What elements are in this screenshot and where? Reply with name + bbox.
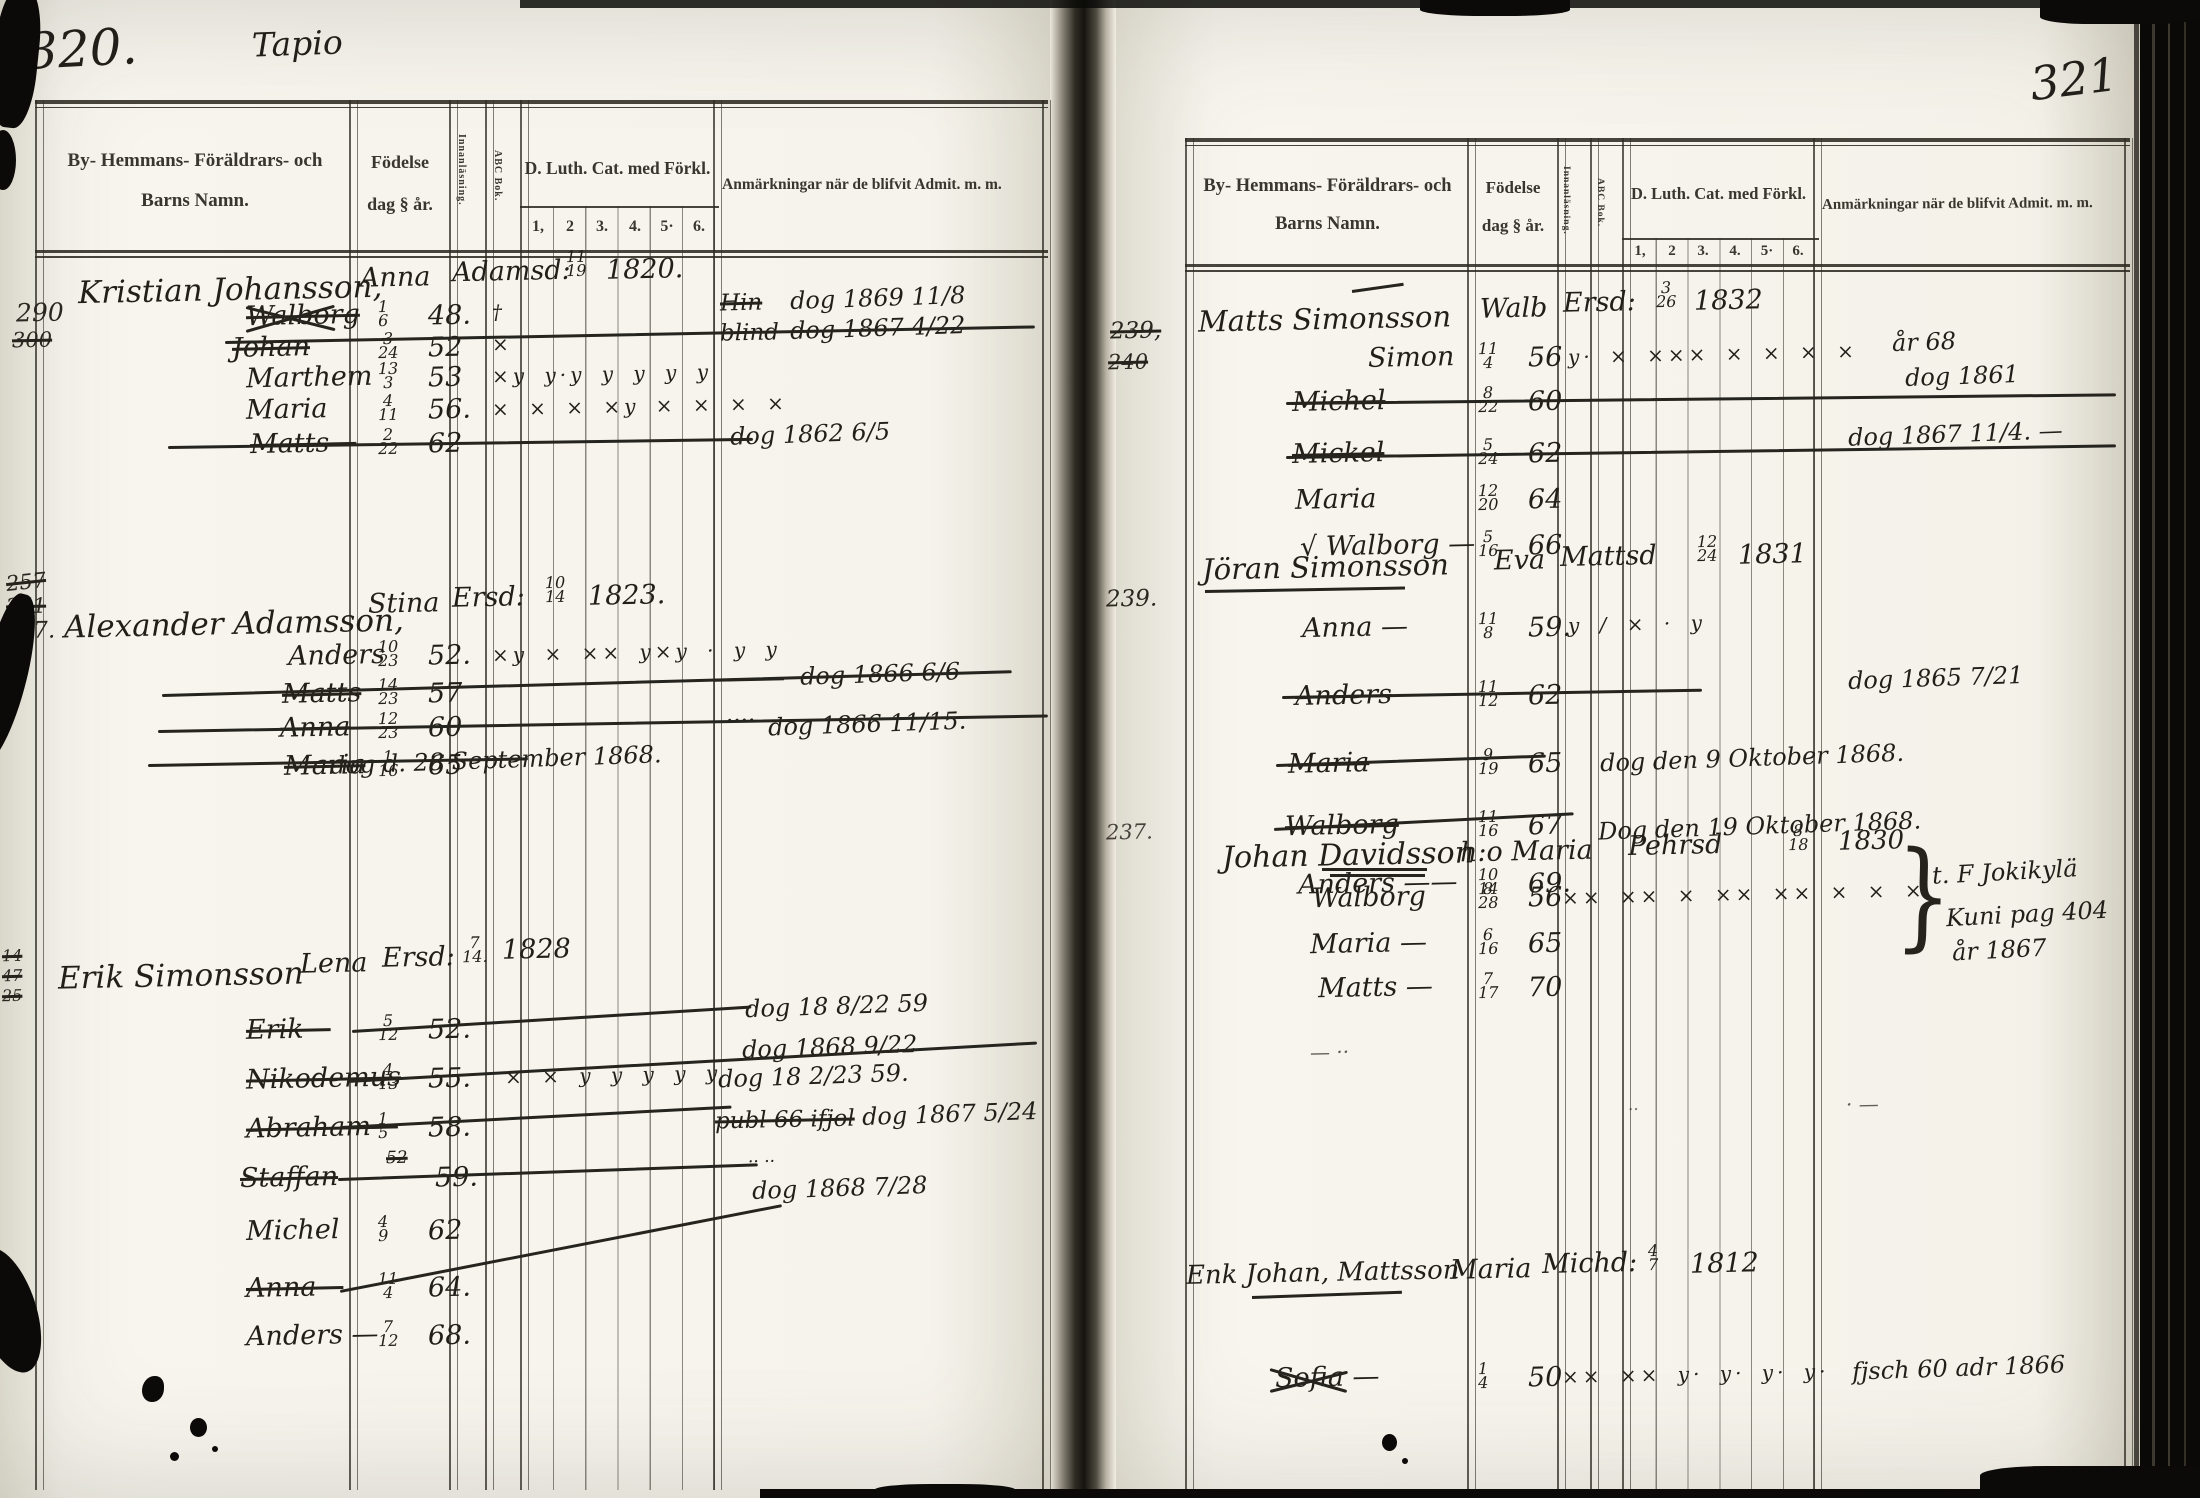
cat-col-6: 6. xyxy=(684,218,714,236)
spouse-birth-year: 1831 xyxy=(1738,538,1807,570)
birth-date: 919 xyxy=(1478,748,1499,776)
cat-col-2: 2 xyxy=(1658,243,1686,260)
margin-number: 25 xyxy=(2,986,23,1005)
column-header-names: By- Hemmans- Föräldrars- och xyxy=(45,150,345,172)
birth-year: 52. xyxy=(428,640,472,672)
record-head-name: Erik Simonsson xyxy=(58,955,304,996)
column-header-remarks: Anmärkningar när de blifvit Admit. m. m. xyxy=(722,176,1002,194)
birth-year: 58. xyxy=(428,1112,472,1144)
birth-year: 50 xyxy=(1528,1362,1563,1394)
margin-number: 237. xyxy=(1106,820,1153,845)
birth-date: 616 xyxy=(1478,928,1499,956)
spouse-name: Lena xyxy=(300,947,368,979)
page-edge-shadow xyxy=(2134,0,2139,1498)
cat-col-4: 4. xyxy=(1721,243,1749,260)
birth-year: 65 xyxy=(1528,928,1563,960)
margin-number: 239. xyxy=(1106,585,1158,612)
stray-mark: · — xyxy=(1846,1092,1879,1117)
birth-year: 56 xyxy=(1528,882,1563,914)
child-name: Staffan xyxy=(240,1161,339,1194)
birth-date: 524 xyxy=(1478,438,1499,466)
column-header-cat: D. Luth. Cat. med Förkl. xyxy=(1624,184,1813,204)
margin-number: 240 xyxy=(1108,350,1149,375)
child-name: Maria — xyxy=(1310,927,1428,960)
birth-year: 62 xyxy=(1528,680,1563,712)
stray-mark: — ·· xyxy=(1310,1040,1350,1065)
column-header-abc: ABC Bok. xyxy=(492,150,503,201)
cat-col-5: 5· xyxy=(652,218,682,236)
spouse-birth-date: 818 xyxy=(1788,824,1809,852)
film-edge-right xyxy=(2140,0,2200,1498)
birth-date: 1116 xyxy=(1478,810,1499,838)
spouse-name: Anna xyxy=(360,261,431,293)
column-header-names: By- Hemmans- Föräldrars- och xyxy=(1190,176,1465,197)
child-name: Simon xyxy=(1368,341,1455,374)
spouse-birth-year: 1812 xyxy=(1690,1247,1759,1279)
remark-note: år 68 xyxy=(1892,327,1957,357)
remark-word-struck: publ 66 ifjol xyxy=(715,1106,855,1135)
margin-number: 47 xyxy=(2,966,23,985)
spouse-birth-date: 326 xyxy=(1656,281,1677,309)
column-header-reading: Innanläsning. xyxy=(456,134,467,206)
column-header-birth2: dag § år. xyxy=(1468,216,1558,236)
spouse-name: Ersd: xyxy=(1563,286,1636,319)
birth-year: 65 xyxy=(1528,748,1563,780)
remark-word-struck: Hin xyxy=(720,290,763,317)
birth-year: 57 xyxy=(428,678,463,710)
spouse-birth-date: 714. xyxy=(462,936,488,964)
margin-number: 257 xyxy=(5,568,47,596)
column-header-abc: ABC Bok. xyxy=(1595,178,1605,227)
birth-date: 16 xyxy=(378,300,389,328)
birth-year: 56. xyxy=(428,394,472,426)
child-name: Maria xyxy=(1295,483,1377,516)
spouse-birth-year: 1820. xyxy=(606,253,684,286)
birth-year: 56 xyxy=(1528,342,1563,374)
table-line xyxy=(1185,145,2130,146)
child-name: Maria xyxy=(246,393,328,426)
table-line xyxy=(35,107,1048,108)
spouse-birth-year: 1830 xyxy=(1838,825,1905,856)
ink-spot xyxy=(170,1452,179,1461)
column-header-birth: Födelse xyxy=(351,152,449,173)
ink-spot xyxy=(190,1418,207,1437)
spouse-name: Ersd: xyxy=(382,941,455,974)
film-blob xyxy=(1980,1466,2200,1498)
remark-note: dog 1861 xyxy=(1905,360,2020,392)
birth-date-struck: 52 xyxy=(386,1148,408,1168)
birth-date: 49 xyxy=(378,1215,389,1243)
spouse-birth-year: 1828 xyxy=(502,933,571,965)
spouse-birth-date: 47 xyxy=(1648,1244,1659,1272)
cat-col-2: 2 xyxy=(555,218,585,236)
underline xyxy=(1322,868,1427,871)
page-number-left: 320. xyxy=(25,17,139,81)
margin-number: 300 xyxy=(12,328,53,353)
page-title: Tapio xyxy=(251,22,343,64)
cat-col-4: 4. xyxy=(620,218,650,236)
column-header-reading: Innanläsning. xyxy=(1561,166,1571,235)
underline xyxy=(1330,874,1425,877)
birth-date: 717 xyxy=(1478,972,1499,1000)
birth-year: 62 xyxy=(428,1215,463,1247)
birth-date: 712 xyxy=(378,1320,399,1348)
record-head-name: Matts Simonsson xyxy=(1198,299,1452,338)
child-name: Abraham— xyxy=(246,1110,398,1144)
birth-year: 55. xyxy=(428,1063,472,1095)
remark-note: dog 1862 6/5 xyxy=(730,417,891,451)
cat-marks: ×y y·y y y y y xyxy=(492,360,712,389)
scanned-church-record: By- Hemmans- Föräldrars- och Barns Namn.… xyxy=(0,0,2200,1498)
birth-date: 14 xyxy=(1478,1362,1489,1390)
page-gutter-shadow xyxy=(1050,0,1116,1498)
child-name: Anders — xyxy=(246,1319,379,1353)
film-scratch xyxy=(2184,0,2186,1498)
column-header-cat: D. Luth. Cat. med Förkl. xyxy=(522,158,713,179)
spouse-birth-year: 1832 xyxy=(1694,284,1763,316)
birth-date: 1023 xyxy=(378,640,399,668)
birth-year: 70 xyxy=(1528,972,1563,1004)
birth-date: 324 xyxy=(378,332,399,360)
birth-date: 1220 xyxy=(1478,484,1499,512)
child-name: Michel xyxy=(246,1214,340,1247)
spouse-name: h:o Maria xyxy=(1460,835,1593,869)
spouse-name: Adamsd: xyxy=(452,255,571,288)
birth-date: 1423 xyxy=(378,678,399,706)
column-header-names2: Barns Namn. xyxy=(1190,214,1465,235)
cat-marks: y / × · y xyxy=(1568,611,1706,638)
birth-year: 52. xyxy=(428,1014,472,1046)
page-number-right: 321 xyxy=(2027,47,2121,111)
birth-year: 59. xyxy=(435,1162,479,1194)
column-header-remarks: Anmärkningar när de blifvit Admit. m. m. xyxy=(1822,195,2093,214)
stray-mark: ·· xyxy=(1628,1100,1639,1120)
table-line xyxy=(1042,100,1051,1490)
spouse-name: Eva xyxy=(1494,544,1546,576)
spouse-birth-date: 1224 xyxy=(1697,535,1718,563)
table-line xyxy=(2124,138,2133,1490)
birth-date: 114 xyxy=(1478,342,1499,370)
birth-date: 828 xyxy=(1478,882,1499,910)
spouse-name: Ersd: xyxy=(452,581,525,614)
cat-col-3: 3. xyxy=(1689,243,1717,260)
child-name: Mickel xyxy=(1292,437,1385,470)
birth-date: 133 xyxy=(378,362,399,390)
child-name: Johan xyxy=(232,331,311,364)
spouse-birth-date: 1014 xyxy=(545,576,566,604)
birth-year: 68. xyxy=(428,1320,472,1352)
film-blob xyxy=(1420,0,1570,16)
birth-date: 114 xyxy=(378,1272,399,1300)
cat-col-6: 6. xyxy=(1784,243,1812,260)
child-name: Walborg xyxy=(1312,881,1426,914)
margin-number: 290 xyxy=(16,298,64,328)
table-line xyxy=(1467,138,1476,1490)
birth-date: 411 xyxy=(378,394,399,422)
cat-col-1: 1, xyxy=(1626,243,1654,260)
table-line xyxy=(1590,138,1599,1490)
child-name: Erik— xyxy=(246,1013,331,1046)
film-blob xyxy=(875,1484,1015,1498)
spouse-name: Walb xyxy=(1480,292,1548,324)
column-header-birth2: dag § år. xyxy=(351,194,449,215)
side-note-line: år 1867 xyxy=(1951,934,2047,967)
spouse-birth-date: 1119 xyxy=(566,250,587,278)
child-name: Marthem xyxy=(246,361,373,395)
table-line xyxy=(1185,138,2130,142)
child-name: Anders xyxy=(288,639,386,672)
spouse-name: Maria xyxy=(1450,1253,1532,1286)
birth-year: 48. xyxy=(428,300,472,332)
film-scratch xyxy=(2152,0,2155,1498)
child-name: Matts xyxy=(282,677,362,710)
ink-spot xyxy=(1382,1434,1397,1451)
spouse-birth-year: 1823. xyxy=(588,579,666,612)
cat-col-5: 5· xyxy=(1753,243,1781,260)
spouse-name: Mattsd xyxy=(1560,540,1657,573)
spouse-name: Michd: xyxy=(1542,1247,1638,1280)
remark-scribble: ·· ·· xyxy=(748,1152,775,1173)
birth-year: 64 xyxy=(1528,484,1563,516)
birth-year: 53 xyxy=(428,362,463,394)
column-header-birth: Födelse xyxy=(1468,178,1558,198)
cat-col-3: 3. xyxy=(587,218,617,236)
cat-marks: † xyxy=(492,300,506,324)
birth-year: 59. xyxy=(1528,612,1572,644)
record-head-name: Jöran Simonsson xyxy=(1202,547,1449,586)
film-blob xyxy=(520,0,2200,8)
margin-number: 14 xyxy=(2,946,23,965)
table-lines-cat xyxy=(1625,238,1815,1490)
margin-number: 239, xyxy=(1110,317,1162,344)
child-name: Anna — xyxy=(1302,611,1409,644)
child-name: Matts — xyxy=(1318,971,1434,1004)
film-scratch xyxy=(2168,0,2170,1498)
ink-spot xyxy=(212,1446,218,1452)
film-blob xyxy=(2040,0,2200,24)
record-head-name: Enk Johan, Mattsson xyxy=(1186,1255,1460,1291)
column-header-names2: Barns Namn. xyxy=(45,190,345,212)
spouse-name: Pehrsd xyxy=(1628,829,1723,862)
ink-spot xyxy=(1402,1458,1408,1464)
birth-date: 118 xyxy=(1478,612,1499,640)
spouse-name: Stina xyxy=(368,587,440,619)
child-name: Anna— xyxy=(246,1271,344,1304)
table-line xyxy=(35,100,1048,104)
birth-year: 64. xyxy=(428,1272,472,1304)
cat-col-1: 1, xyxy=(523,218,553,236)
